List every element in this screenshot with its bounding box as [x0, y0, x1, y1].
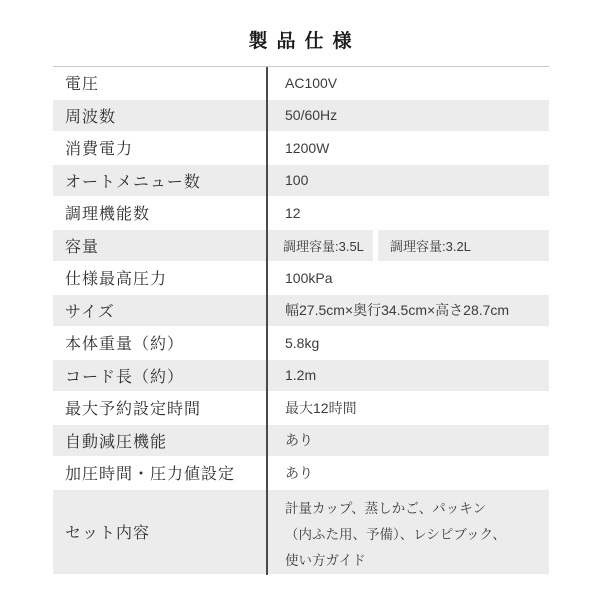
spec-value: 100	[268, 165, 549, 196]
capacity-cell-2: 調理容量:3.2L	[378, 230, 549, 261]
set-contents-line-1: 計量カップ、蒸しかご、パッキン	[285, 496, 549, 522]
spec-label: 消費電力	[53, 132, 268, 163]
spec-row-cooking-functions: 調理機能数 12	[53, 197, 549, 228]
spec-value: あり	[268, 457, 549, 488]
spec-label: コード長（約）	[53, 360, 268, 391]
spec-row-frequency: 周波数 50/60Hz	[53, 100, 549, 131]
page-title: 製品仕様	[0, 26, 600, 53]
column-divider	[266, 67, 268, 575]
spec-label: サイズ	[53, 295, 268, 326]
spec-row-auto-decompression: 自動減圧機能 あり	[53, 425, 549, 456]
spec-label: オートメニュー数	[53, 165, 268, 196]
spec-value: 1.2m	[268, 360, 549, 391]
spec-value: 1200W	[268, 132, 549, 163]
spec-value: あり	[268, 425, 549, 456]
spec-row-cord-length: コード長（約） 1.2m	[53, 360, 549, 391]
spec-label: 仕様最高圧力	[53, 262, 268, 293]
spec-row-capacity: 容量 調理容量:3.5L 調理容量:3.2L	[53, 230, 549, 261]
spec-label: 最大予約設定時間	[53, 392, 268, 423]
spec-label: 自動減圧機能	[53, 425, 268, 456]
spec-row-auto-menus: オートメニュー数 100	[53, 165, 549, 196]
spec-label: セット内容	[53, 490, 268, 574]
capacity-cell-1: 調理容量:3.5L	[268, 230, 373, 261]
spec-row-pressure-settings: 加圧時間・圧力値設定 あり	[53, 457, 549, 488]
spec-row-set-contents: セット内容 計量カップ、蒸しかご、パッキン （内ふた用、予備）、レシピブック、 …	[53, 490, 549, 574]
spec-row-max-pressure: 仕様最高圧力 100kPa	[53, 262, 549, 293]
spec-value: 幅27.5cm×奥行34.5cm×高さ28.7cm	[268, 295, 549, 326]
spec-value: 12	[268, 197, 549, 228]
spec-row-weight: 本体重量（約） 5.8kg	[53, 327, 549, 358]
spec-value: 最大12時間	[268, 392, 549, 423]
spec-label: 容量	[53, 230, 268, 261]
spec-row-max-timer: 最大予約設定時間 最大12時間	[53, 392, 549, 423]
spec-value: 50/60Hz	[268, 100, 549, 131]
spec-value-multiline: 計量カップ、蒸しかご、パッキン （内ふた用、予備）、レシピブック、 使い方ガイド	[268, 490, 549, 574]
set-contents-line-3: 使い方ガイド	[285, 548, 549, 574]
spec-row-voltage: 電圧 AC100V	[53, 67, 549, 98]
spec-row-power: 消費電力 1200W	[53, 132, 549, 163]
spec-value: AC100V	[268, 67, 549, 98]
spec-label: 調理機能数	[53, 197, 268, 228]
spec-value: 100kPa	[268, 262, 549, 293]
spec-value: 5.8kg	[268, 327, 549, 358]
spec-table: 電圧 AC100V 周波数 50/60Hz 消費電力 1200W オートメニュー…	[53, 66, 549, 575]
spec-label: 本体重量（約）	[53, 327, 268, 358]
set-contents-line-2: （内ふた用、予備）、レシピブック、	[285, 522, 549, 548]
spec-label: 加圧時間・圧力値設定	[53, 457, 268, 488]
spec-label: 周波数	[53, 100, 268, 131]
spec-row-size: サイズ 幅27.5cm×奥行34.5cm×高さ28.7cm	[53, 295, 549, 326]
spec-label: 電圧	[53, 67, 268, 98]
